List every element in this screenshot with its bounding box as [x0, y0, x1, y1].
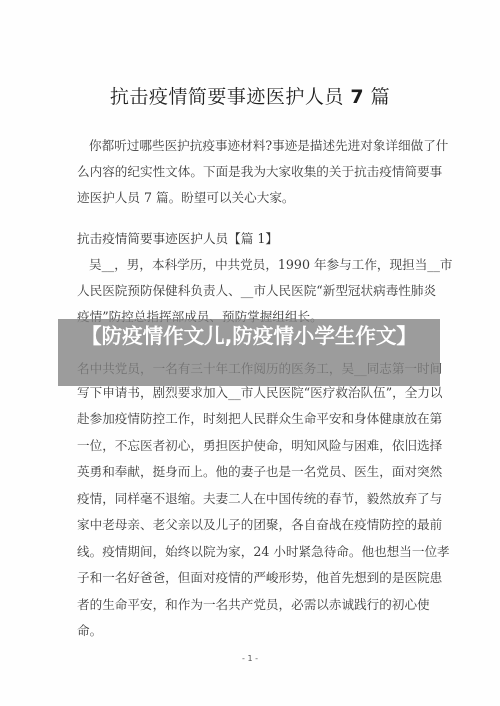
title-number: 7	[350, 86, 364, 108]
title-suffix: 篇	[371, 86, 391, 108]
section-heading: 抗击疫情简要事迹医护人员【篇 1】	[77, 231, 278, 247]
intro-line: 迹医护人员 7 篇。盼望可以关心大家。	[77, 190, 425, 206]
title-text: 抗击疫情简要事迹医护人员	[110, 86, 344, 108]
intro-line: 么内容的纪实性文体。下面是我为大家收集的关于抗击疫情简要事	[77, 164, 425, 180]
body-line: 人民医院预防保健科负责人、__市人民医院“新型冠状病毒性肺炎	[77, 283, 425, 299]
body-line: 一位，不忘医者初心，勇担医护使命，明知风险与困难，依旧选择	[77, 438, 425, 454]
intro-line: 你都听过哪些医护抗疫事迹材料?事迹是描述先进对象详细做了什	[89, 138, 425, 154]
document-title: 抗击疫情简要事迹医护人员 7 篇	[0, 82, 500, 109]
body-line: 写下申请书，剧烈要求加入__市人民医院“医疗救治队伍”，全力以	[77, 385, 425, 401]
body-line: 者的生命平安，和作为一名共产党员，必需以赤诚践行的初心使	[77, 597, 425, 613]
body-line: 英勇和奉献，挺身而上。他的妻子也是一名党员、医生，面对突然	[77, 464, 425, 480]
body-line: 子和一名好爸爸，但面对疫情的严峻形势，他首先想到的是医院患	[77, 570, 425, 586]
body-line: 赴参加疫情防控工作，时刻把人民群众生命平安和身体健康放在第	[77, 411, 425, 427]
body-line: 疫情，同样毫不退缩。夫妻二人在中国传统的春节，毅然放弃了与	[77, 491, 425, 507]
body-line: 吴__，男，本科学历，中共党员，1990 年参与工作，现担当__市	[89, 257, 425, 273]
body-line: 家中老母亲、老父亲以及儿子的团聚，各自奋战在疫情防控的最前	[77, 517, 425, 533]
overlay-banner-text: 【防疫情作文儿,防疫情小学生作文】	[58, 319, 440, 386]
body-line: 命。	[77, 623, 425, 639]
body-line: 线。疫情期间，始终以院为家，24 小时紧急待命。他也想当一位孝	[77, 544, 425, 560]
page-number: - 1 -	[0, 654, 500, 663]
